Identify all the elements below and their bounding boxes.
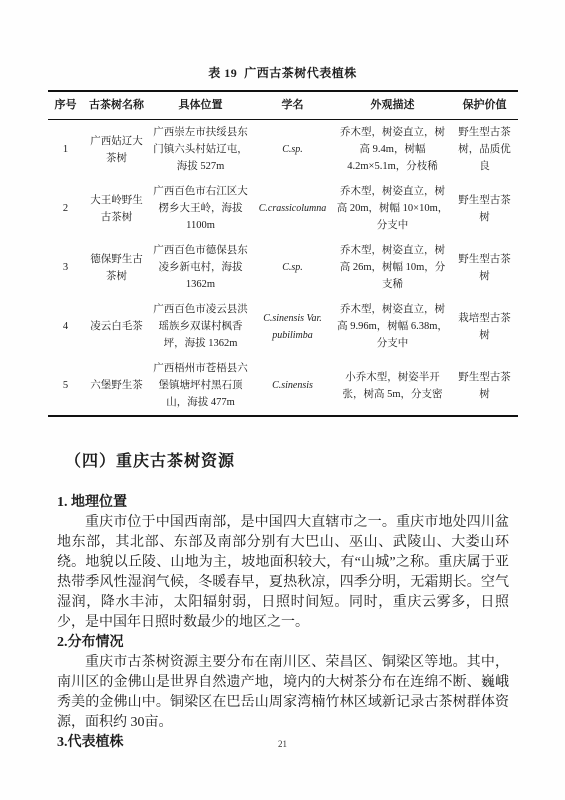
cell-scientific-name: C.sp. (252, 120, 334, 180)
paragraph-distribution: 重庆市古茶树资源主要分布在南川区、荣昌区、铜梁区等地。其中，南川区的金佛山是世界… (57, 653, 509, 733)
cell-no: 1 (48, 120, 84, 180)
cell-protection-value: 野生型古茶树，品质优良 (452, 120, 518, 180)
cell-location: 广西百色市右江区大楞乡大王岭，海拔 1100m (150, 179, 252, 238)
cell-appearance: 乔木型，树姿直立，树高 20m，树幅 10×10m，分支中 (334, 179, 452, 238)
cell-scientific-name: C.sp. (252, 238, 334, 297)
subheading-distribution: 2.分布情况 (57, 633, 509, 653)
cell-name: 大王岭野生古茶树 (84, 179, 150, 238)
cell-no: 3 (48, 238, 84, 297)
col-header-no: 序号 (48, 91, 84, 120)
table-row: 2 大王岭野生古茶树 广西百色市右江区大楞乡大王岭，海拔 1100m C.cra… (48, 179, 518, 238)
col-header-appearance: 外观描述 (334, 91, 452, 120)
chongqing-section: （四）重庆古茶树资源 1. 地理位置 重庆市位于中国西南部，是中国四大直辖市之一… (0, 451, 565, 753)
table-row: 4 凌云白毛茶 广西百色市凌云县洪瑶族乡双谋村枫香坪，海拔 1362m C.si… (48, 297, 518, 356)
table-caption: 表 19 广西古茶树代表植株 (0, 64, 565, 81)
cell-appearance: 乔木型，树姿直立，树高 26m，树幅 10m，分支稀 (334, 238, 452, 297)
col-header-protection-value: 保护价值 (452, 91, 518, 120)
cell-protection-value: 栽培型古茶树 (452, 297, 518, 356)
cell-protection-value: 野生型古茶树 (452, 238, 518, 297)
guangxi-tea-tree-table: 序号 古茶树名称 具体位置 学名 外观描述 保护价值 1 广西姑辽大茶树 广西崇… (48, 90, 518, 417)
paragraph-geography: 重庆市位于中国西南部，是中国四大直辖市之一。重庆市地处四川盆地东部，其北部、东部… (57, 513, 509, 633)
cell-appearance: 小乔木型，树姿半开张，树高 5m，分支密 (334, 356, 452, 416)
cell-protection-value: 野生型古茶树 (452, 179, 518, 238)
cell-name: 六堡野生茶 (84, 356, 150, 416)
table-row: 5 六堡野生茶 广西梧州市苍梧县六堡镇塘坪村黑石顶山，海拔 477m C.sin… (48, 356, 518, 416)
cell-appearance: 乔木型，树姿直立，树高 9.4m，树幅 4.2m×5.1m，分枝稀 (334, 120, 452, 180)
cell-no: 4 (48, 297, 84, 356)
page-number: 21 (0, 739, 565, 749)
cell-location: 广西梧州市苍梧县六堡镇塘坪村黑石顶山，海拔 477m (150, 356, 252, 416)
cell-appearance: 乔木型，树姿直立，树高 9.96m，树幅 6.38m，分支中 (334, 297, 452, 356)
subheading-geography: 1. 地理位置 (57, 493, 509, 513)
cell-name: 广西姑辽大茶树 (84, 120, 150, 180)
section-heading: （四）重庆古茶树资源 (57, 451, 509, 473)
cell-location: 广西百色市凌云县洪瑶族乡双谋村枫香坪，海拔 1362m (150, 297, 252, 356)
cell-name: 凌云白毛茶 (84, 297, 150, 356)
cell-scientific-name: C.sinensis Var. pubilimba (252, 297, 334, 356)
cell-protection-value: 野生型古茶树 (452, 356, 518, 416)
cell-location: 广西百色市德保县东凌乡新屯村，海拔 1362m (150, 238, 252, 297)
col-header-scientific-name: 学名 (252, 91, 334, 120)
document-page: 表 19 广西古茶树代表植株 序号 古茶树名称 具体位置 学名 外观描述 保护价… (0, 0, 565, 800)
table-row: 1 广西姑辽大茶树 广西崇左市扶绥县东门镇六头村姑辽屯，海拔 527m C.sp… (48, 120, 518, 180)
table-header-row: 序号 古茶树名称 具体位置 学名 外观描述 保护价值 (48, 91, 518, 120)
cell-no: 5 (48, 356, 84, 416)
col-header-location: 具体位置 (150, 91, 252, 120)
cell-name: 德保野生古茶树 (84, 238, 150, 297)
cell-location: 广西崇左市扶绥县东门镇六头村姑辽屯，海拔 527m (150, 120, 252, 180)
col-header-name: 古茶树名称 (84, 91, 150, 120)
table-row: 3 德保野生古茶树 广西百色市德保县东凌乡新屯村，海拔 1362m C.sp. … (48, 238, 518, 297)
cell-scientific-name: C.sinensis (252, 356, 334, 416)
cell-no: 2 (48, 179, 84, 238)
cell-scientific-name: C.crassicolumna (252, 179, 334, 238)
